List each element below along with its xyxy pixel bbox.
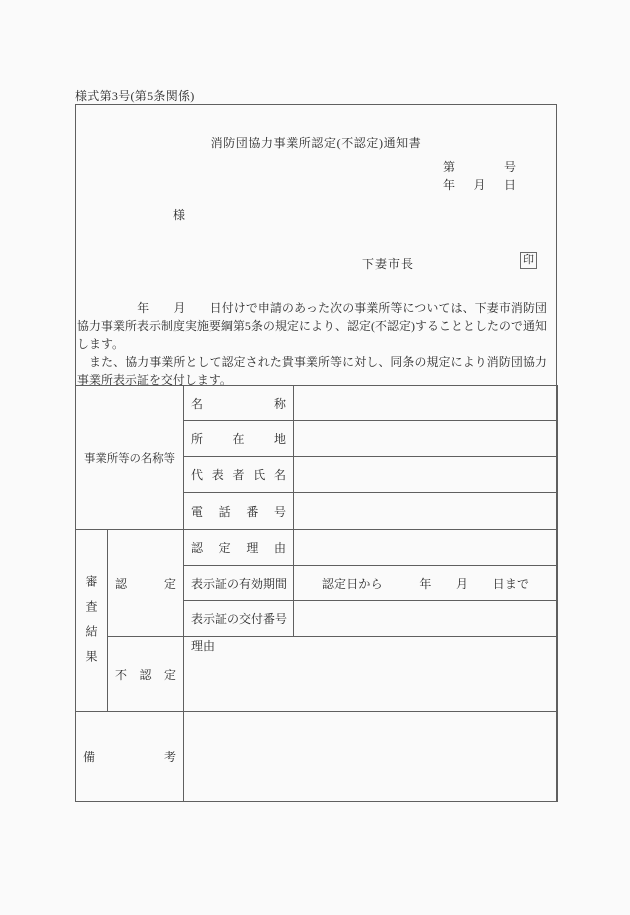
field-label-address: 所在地 xyxy=(184,421,294,457)
field-value-approval-reason xyxy=(294,530,558,566)
doc-number-suffix: 号 xyxy=(504,158,516,176)
field-label-representative: 代表者氏名 xyxy=(184,457,294,493)
body-paragraph-2: また、協力事業所として認定された貴事業所等に対し、同条の規定により消防団協力事業… xyxy=(77,353,547,389)
date-month-label: 月 xyxy=(473,176,485,194)
body-paragraph-1: 年 月 日付けで申請のあった次の事業所等については、下妻市消防団協力事業所表示制… xyxy=(77,299,547,353)
field-value-phone xyxy=(294,493,558,530)
table-row: 事業所等の名称等 名称 xyxy=(76,386,558,421)
field-value-issue-number xyxy=(294,601,558,637)
approved-label: 認定 xyxy=(108,530,184,637)
scanned-form-page: { "form": { "style_number": "様式第3号(第5条関係… xyxy=(0,0,630,915)
field-label-phone: 電話番号 xyxy=(184,493,294,530)
field-value-name xyxy=(294,386,558,421)
doc-date-line: 年 月 日 xyxy=(443,176,516,194)
review-result-group-label: 審査結果 xyxy=(76,530,108,712)
field-label-issue-number: 表示証の交付番号 xyxy=(184,601,294,637)
field-value-validity-period: 認定日から 年 月 日まで xyxy=(294,566,558,601)
addressee-honorific: 様 xyxy=(173,206,185,223)
issuer-title: 下妻市長 xyxy=(362,255,414,272)
field-label-approval-reason: 認定理由 xyxy=(184,530,294,566)
form-style-number: 様式第3号(第5条関係) xyxy=(75,87,195,104)
remarks-label: 備考 xyxy=(76,712,184,802)
table-row: 審査結果 認定 認定理由 xyxy=(76,530,558,566)
field-label-name: 名称 xyxy=(184,386,294,421)
doc-number-prefix: 第 xyxy=(443,158,455,176)
business-group-label: 事業所等の名称等 xyxy=(76,386,184,530)
table-row: 備考 xyxy=(76,712,558,802)
seal-placeholder-icon: 印 xyxy=(520,252,537,269)
field-label-validity-period: 表示証の有効期間 xyxy=(184,566,294,601)
application-review-table: 事業所等の名称等 名称 所在地 代表者氏名 電話番号 審査結果 認定 認定理由 … xyxy=(75,385,558,802)
document-title: 消防団協力事業所認定(不認定)通知書 xyxy=(76,134,556,151)
document-border-box: 消防団協力事業所認定(不認定)通知書 第 号 年 月 日 様 下妻市長 印 年 … xyxy=(75,104,557,802)
field-value-address xyxy=(294,421,558,457)
field-not-approved-reason: 理由 xyxy=(184,637,558,712)
date-day-label: 日 xyxy=(504,176,516,194)
doc-number-date-block: 第 号 年 月 日 xyxy=(443,158,516,194)
remarks-value xyxy=(184,712,558,802)
field-value-representative xyxy=(294,457,558,493)
doc-number-line: 第 号 xyxy=(443,158,516,176)
notification-body: 年 月 日付けで申請のあった次の事業所等については、下妻市消防団協力事業所表示制… xyxy=(77,299,547,389)
date-year-label: 年 xyxy=(443,176,455,194)
not-approved-label: 不認定 xyxy=(108,637,184,712)
table-row: 不認定 理由 xyxy=(76,637,558,712)
